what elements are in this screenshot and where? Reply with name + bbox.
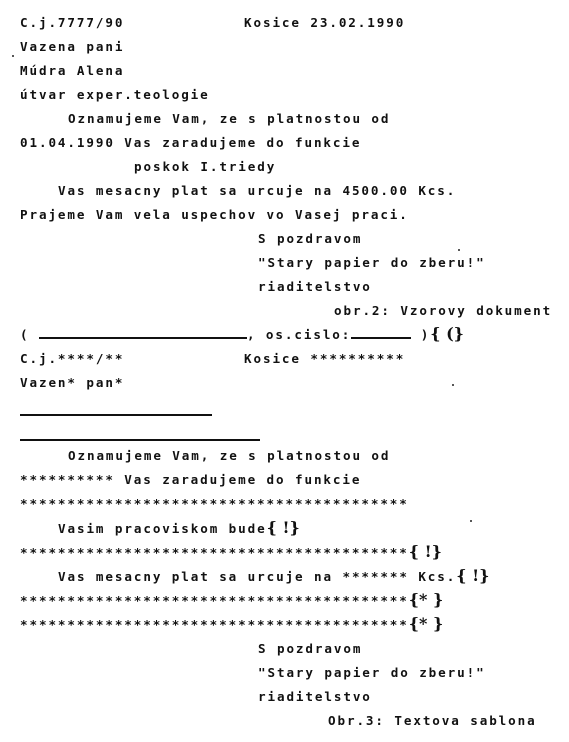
reference-number: C.j.7777/90 [20,16,124,30]
department-field-rule [20,439,260,441]
body-line: Oznamujeme Vam, ze s platnostou od [68,112,390,126]
macro-marker: { !} [409,542,442,561]
paren-close: ) [421,327,430,342]
macro-marker: { !} [456,566,489,585]
macro-marker: { (} [430,324,464,343]
salutation-template: Vazen* pan* [20,376,124,390]
body-text: ****************************************… [20,545,409,560]
body-line: Oznamujeme Vam, ze s platnostou od [68,449,390,463]
closing-template: S pozdravom [258,642,362,656]
place-date: Kosice 23.02.1990 [244,16,405,30]
body-line: Vasim pracoviskom bude{ !} [58,521,300,536]
recipient-name: Múdra Alena [20,64,124,78]
body-line: ****************************************… [20,593,443,608]
scan-speck [470,520,472,522]
body-line: ****************************************… [20,545,442,560]
body-line: Prajeme Vam vela uspechov vo Vasej praci… [20,208,409,222]
scan-speck [12,55,14,57]
motto-template: "Stary papier do zberu!" [258,666,486,680]
body-line: poskok I.triedy [134,160,276,174]
macro-marker: {* } [409,614,444,633]
reference-number-template: C.j.****/** [20,352,124,366]
motto: "Stary papier do zberu!" [258,256,486,270]
scan-speck [452,384,454,386]
body-text: ****************************************… [20,617,409,632]
signature-template: riaditelstvo [258,690,372,704]
paren-open: ( [20,327,29,342]
figure-caption: Obr.3: Textova sablona [328,714,537,728]
body-line: 01.04.1990 Vas zaradujeme do funkcie [20,136,361,150]
salutation: Vazena pani [20,40,124,54]
name-field-rule [20,414,212,416]
body-text: Vasim pracoviskom bude [58,521,267,536]
name-blank [39,327,247,339]
body-text: ****************************************… [20,593,409,608]
scan-speck [458,249,460,251]
body-line: ********** Vas zaradujeme do funkcie [20,473,361,487]
macro-marker: {* } [409,590,444,609]
closing: S pozdravom [258,232,362,246]
body-line: Vas mesacny plat sa urcuje na ******* Kc… [58,569,489,584]
place-date-template: Kosice ********** [244,352,405,366]
body-line: ****************************************… [20,617,443,632]
body-line: ****************************************… [20,497,409,511]
figure-caption: obr.2: Vzorovy dokument [334,304,552,318]
body-text: Vas mesacny plat sa urcuje na ******* Kc… [58,569,456,584]
recipient-department: útvar exper.teologie [20,88,210,102]
number-blank [351,327,411,339]
scanned-document-page: C.j.7777/90 Kosice 23.02.1990 Vazena pan… [0,0,569,742]
macro-marker: { !} [267,518,300,537]
body-line: Vas mesacny plat sa urcuje na 4500.00 Kc… [58,184,456,198]
param-separator: , os.cislo: [247,327,351,342]
template-parameter-line: ( , os.cislo: ){ (} [20,327,464,342]
signature: riaditelstvo [258,280,372,294]
